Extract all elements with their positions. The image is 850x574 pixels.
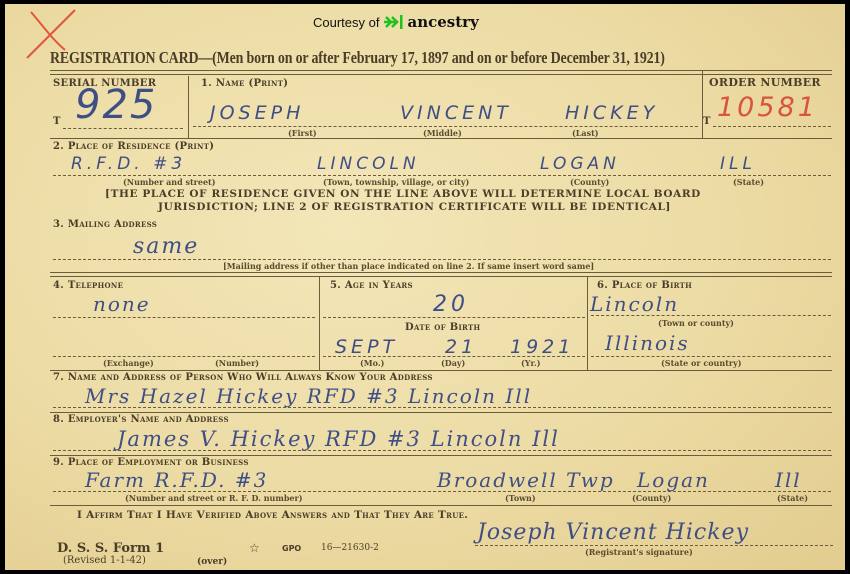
year-caption: (Yr.) (521, 358, 541, 368)
over-text: (over) (197, 557, 227, 567)
name-label: 1. Name (Print) (201, 78, 288, 89)
birthplace-town-caption: (Town or county) (658, 318, 734, 328)
registrant-signature: Joseph Vincent Hickey (477, 520, 749, 545)
ancestry-brand: ancestry (407, 13, 478, 31)
courtesy-text: Courtesy of (313, 15, 379, 30)
middle-caption: (Middle) (423, 128, 462, 138)
month-caption: (Mo.) (360, 358, 384, 368)
telephone-value: none (93, 292, 151, 316)
birthplace-town-value: Lincoln (590, 292, 679, 316)
form-revised: (Revised 1-1-42) (63, 555, 146, 566)
employer-label: 8. Employer's Name and Address (53, 414, 229, 425)
first-caption: (First) (288, 128, 317, 138)
age-value: 20 (433, 292, 469, 317)
dob-month-value: SEPT (335, 336, 398, 358)
residence-town-value: LINCOLN (317, 154, 420, 174)
contact-label: 7. Name and Address of Person Who Will A… (53, 372, 433, 383)
form-number: D. S. S. Form 1 (57, 541, 164, 556)
affirmation-text: I Affirm That I Have Verified Above Answ… (77, 509, 468, 521)
serial-prefix: T (53, 116, 61, 127)
employment-place-label: 9. Place of Employment or Business (53, 457, 249, 468)
exchange-caption: (Exchange) (103, 358, 154, 368)
residence-state-value: ILL (720, 154, 756, 174)
employment-state-value: Ill (775, 468, 802, 492)
employment-county-caption: (County) (632, 493, 671, 503)
dob-day-value: 21 (445, 336, 477, 358)
telephone-label: 4. Telephone (53, 280, 123, 291)
age-label: 5. Age in Years (330, 280, 413, 291)
employment-street-caption: (Number and street or R. F. D. number) (125, 493, 303, 503)
order-number-label: ORDER NUMBER (709, 76, 821, 89)
residence-notice-line1: [THE PLACE OF RESIDENCE GIVEN ON THE LIN… (105, 188, 701, 200)
town-caption: (Town, township, village, or city) (323, 177, 469, 187)
contact-value: Mrs Hazel Hickey RFD #3 Lincoln Ill (85, 384, 532, 408)
mailing-value: same (133, 234, 199, 259)
employment-town-value: Broadwell Twp (437, 468, 615, 492)
card-title: REGISTRATION CARD—(Men born on or after … (50, 48, 665, 68)
last-name-value: HICKEY (565, 102, 658, 124)
residence-notice-line2: JURISDICTION; LINE 2 OF REGISTRATION CER… (158, 201, 671, 213)
employment-state-caption: (State) (777, 493, 808, 503)
birthplace-state-caption: (State or country) (661, 358, 742, 368)
residence-street-value: R.F.D. #3 (71, 154, 186, 174)
ancestry-leaf-icon (382, 14, 404, 30)
middle-name-value: VINCENT (400, 102, 512, 124)
mailing-label: 3. Mailing Address (53, 219, 157, 230)
residence-label: 2. Place of Residence (Print) (53, 141, 214, 152)
gpo-text: GPO (282, 544, 301, 553)
registration-card: Courtesy of ancestry REGISTRATION CARD—(… (5, 4, 845, 570)
star-icon: ☆ (249, 541, 260, 555)
first-name-value: JOSEPH (210, 102, 304, 124)
residence-county-value: LOGAN (540, 154, 620, 174)
number-caption: (Number) (215, 358, 259, 368)
last-caption: (Last) (572, 128, 599, 138)
birthplace-state-value: Illinois (605, 331, 690, 355)
date-of-birth-label: Date of Birth (405, 322, 480, 333)
birthplace-label: 6. Place of Birth (597, 280, 692, 291)
ancestry-watermark: Courtesy of ancestry (313, 13, 479, 31)
mailing-caption: [Mailing address if other than place ind… (223, 261, 594, 271)
employment-town-caption: (Town) (505, 493, 536, 503)
employer-value: James V. Hickey RFD #3 Lincoln Ill (117, 427, 560, 451)
state-caption: (State) (733, 177, 764, 187)
day-caption: (Day) (441, 358, 465, 368)
order-prefix: T (703, 116, 711, 127)
county-caption: (County) (570, 177, 609, 187)
employment-street-value: Farm R.F.D. #3 (85, 468, 268, 492)
street-caption: (Number and street) (123, 177, 216, 187)
gpo-number: 16—21630-2 (321, 543, 379, 553)
serial-number-value: 925 (75, 82, 157, 128)
signature-caption: (Registrant's signature) (585, 547, 693, 557)
order-number-value: 10581 (717, 92, 818, 123)
employment-county-value: Logan (637, 468, 710, 492)
dob-year-value: 1921 (510, 336, 574, 358)
